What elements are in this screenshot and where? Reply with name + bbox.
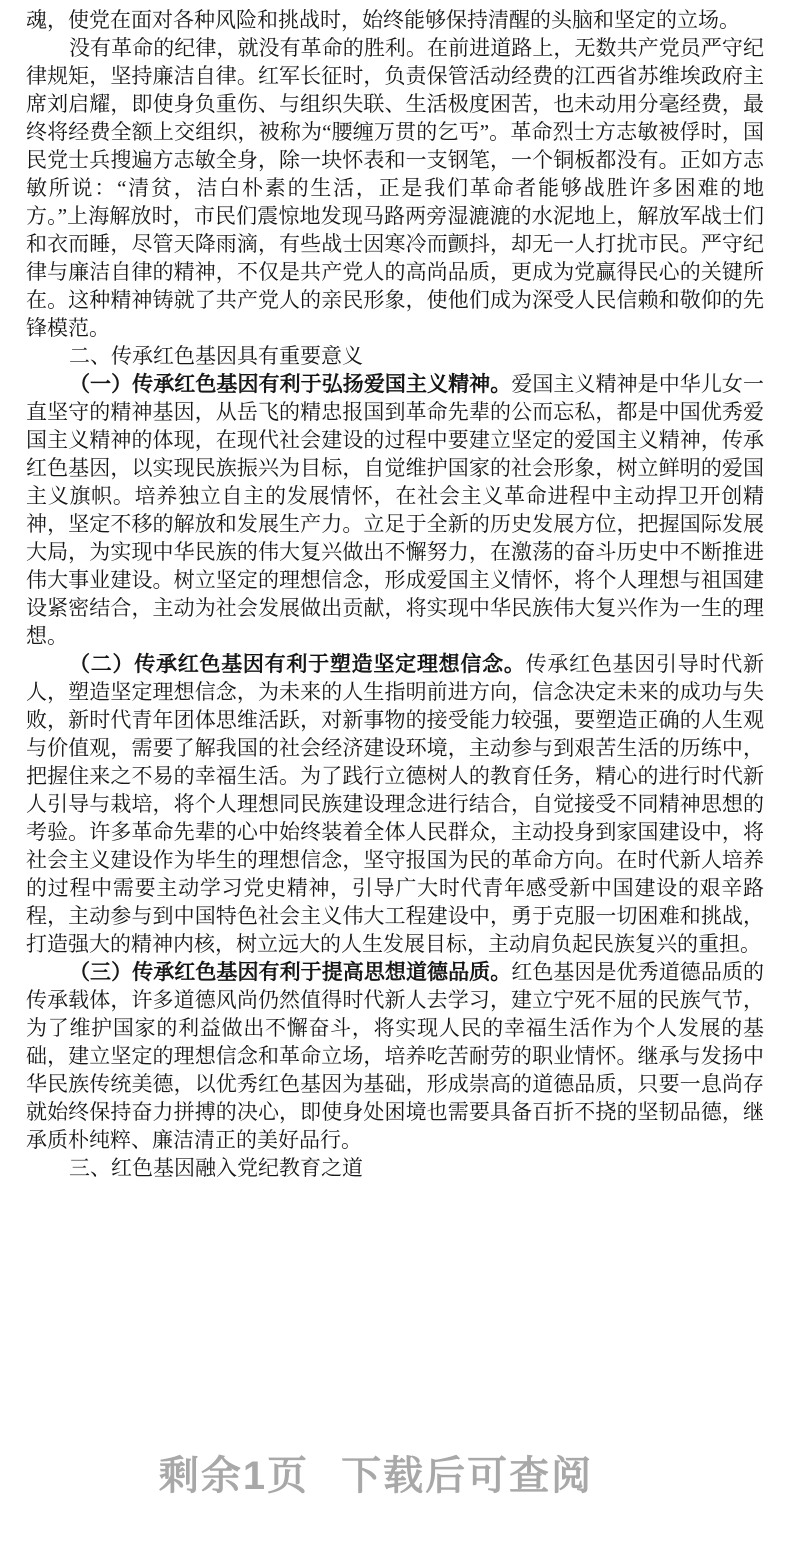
section-3-heading: 三、红色基因融入党纪教育之道 <box>26 1154 764 1182</box>
section-2-item-2: （二）传承红色基因有利于塑造坚定理想信念。传承红色基因引导时代新人，塑造坚定理想… <box>26 650 764 958</box>
pages-remaining-label: 剩余1页 <box>159 1454 309 1498</box>
section-2-item-3-body: 红色基因是优秀道德品质的传承载体，许多道德风尚仍然值得时代新人去学习，建立宁死不… <box>26 960 764 1152</box>
section-2-item-1: （一）传承红色基因有利于弘扬爱国主义精神。爱国主义精神是中华儿女一直坚守的精神基… <box>26 370 764 650</box>
section-2-item-2-body: 传承红色基因引导时代新人，塑造坚定理想信念，为未来的人生指明前进方向，信念决定未… <box>26 652 764 956</box>
section-2-item-3: （三）传承红色基因有利于提高思想道德品质。红色基因是优秀道德品质的传承载体，许多… <box>26 958 764 1154</box>
section-2-item-1-lead: （一）传承红色基因有利于弘扬爱国主义精神。 <box>69 372 511 396</box>
document-body: 魂，使党在面对各种风险和挑战时，始终能够保持清醒的头脑和坚定的立场。 没有革命的… <box>0 0 800 1182</box>
preview-footer: 剩余1页下载后可查阅 <box>0 1450 752 1502</box>
download-hint-label: 下载后可查阅 <box>341 1454 593 1498</box>
continuation-paragraph: 魂，使党在面对各种风险和挑战时，始终能够保持清醒的头脑和坚定的立场。 <box>26 6 764 34</box>
document-page: 魂，使党在面对各种风险和挑战时，始终能够保持清醒的头脑和坚定的立场。 没有革命的… <box>0 0 800 1555</box>
section-2-item-1-body: 爱国主义精神是中华儿女一直坚守的精神基因，从岳飞的精忠报国到革命先辈的公而忘私，… <box>26 372 764 648</box>
section-2-item-3-lead: （三）传承红色基因有利于提高思想道德品质。 <box>69 960 511 984</box>
intro-paragraph: 没有革命的纪律，就没有革命的胜利。在前进道路上，无数共产党员严守纪律规矩，坚持廉… <box>26 34 764 342</box>
section-2-heading: 二、传承红色基因具有重要意义 <box>26 342 764 370</box>
section-2-item-2-lead: （二）传承红色基因有利于塑造坚定理想信念。 <box>69 652 526 676</box>
